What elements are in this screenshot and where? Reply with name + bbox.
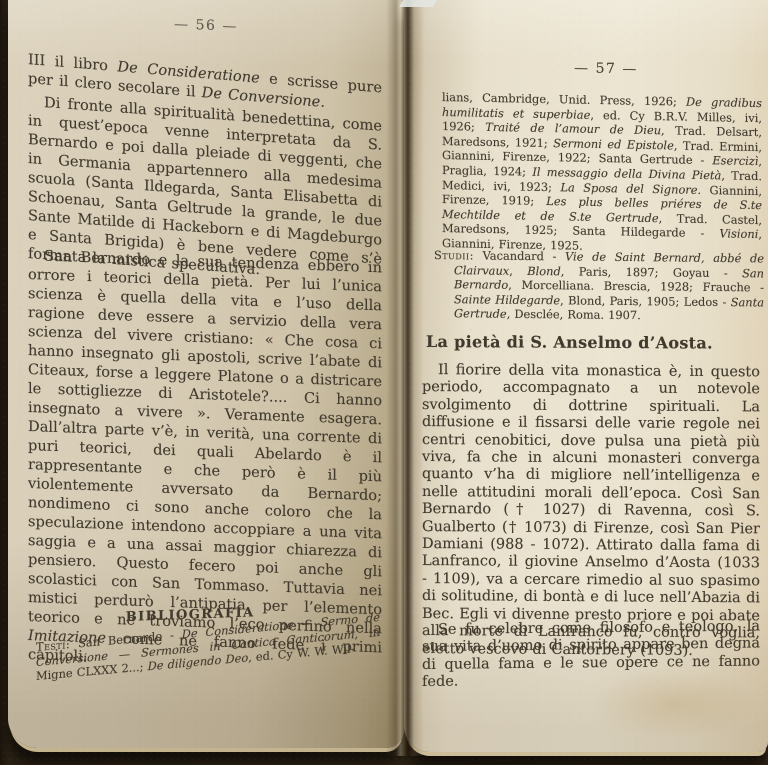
right-page: — 57 — lians, Cambridge, Unid. Press, 19… [404, 0, 768, 752]
text-run: , [509, 263, 527, 277]
right-paragraph-celebre: Se fu celebre come filosofo e teologo, l… [422, 618, 760, 691]
text-run: Vacandard - [474, 248, 565, 263]
testi-bibliography-continuation: lians, Cambridge, Unid. Press, 1926; De … [442, 90, 762, 257]
text-run: San Bernardo e la sua tendenza ebbero in… [28, 248, 382, 638]
left-page-number: — 56 — [8, 10, 404, 41]
italic-title: Visioni [719, 227, 758, 242]
background-sliver [399, 0, 437, 7]
text-run: . [320, 94, 325, 111]
italic-title: Esercizì [712, 154, 758, 169]
right-page-number: — 57 — [444, 58, 768, 80]
right-paragraph-fiorire: Il fiorire della vita monastica è, in qu… [422, 362, 760, 660]
studi-label: Studii: [434, 248, 474, 262]
italic-title: Blond [527, 264, 561, 278]
studi-bibliography-entry: Studii: Vacandard - Vie de Saint Bernard… [434, 248, 764, 324]
section-heading: La pietà di S. Anselmo d’Aosta. [426, 332, 713, 353]
left-page: — 56 — III il libro De Consideratione e … [8, 0, 404, 748]
italic-title: Sainte Hildegarde [454, 292, 560, 307]
text-run: , Paris, 1897; Goyau - [561, 264, 742, 280]
text-run: , Desclée, Roma. 1907. [507, 307, 641, 322]
italic-title: Sermoni ed Epistole [553, 136, 674, 152]
text-run: , Blond, Paris, 1905; Ledos - [560, 293, 731, 309]
book-photo: — 56 — III il libro De Consideratione e … [0, 0, 768, 765]
